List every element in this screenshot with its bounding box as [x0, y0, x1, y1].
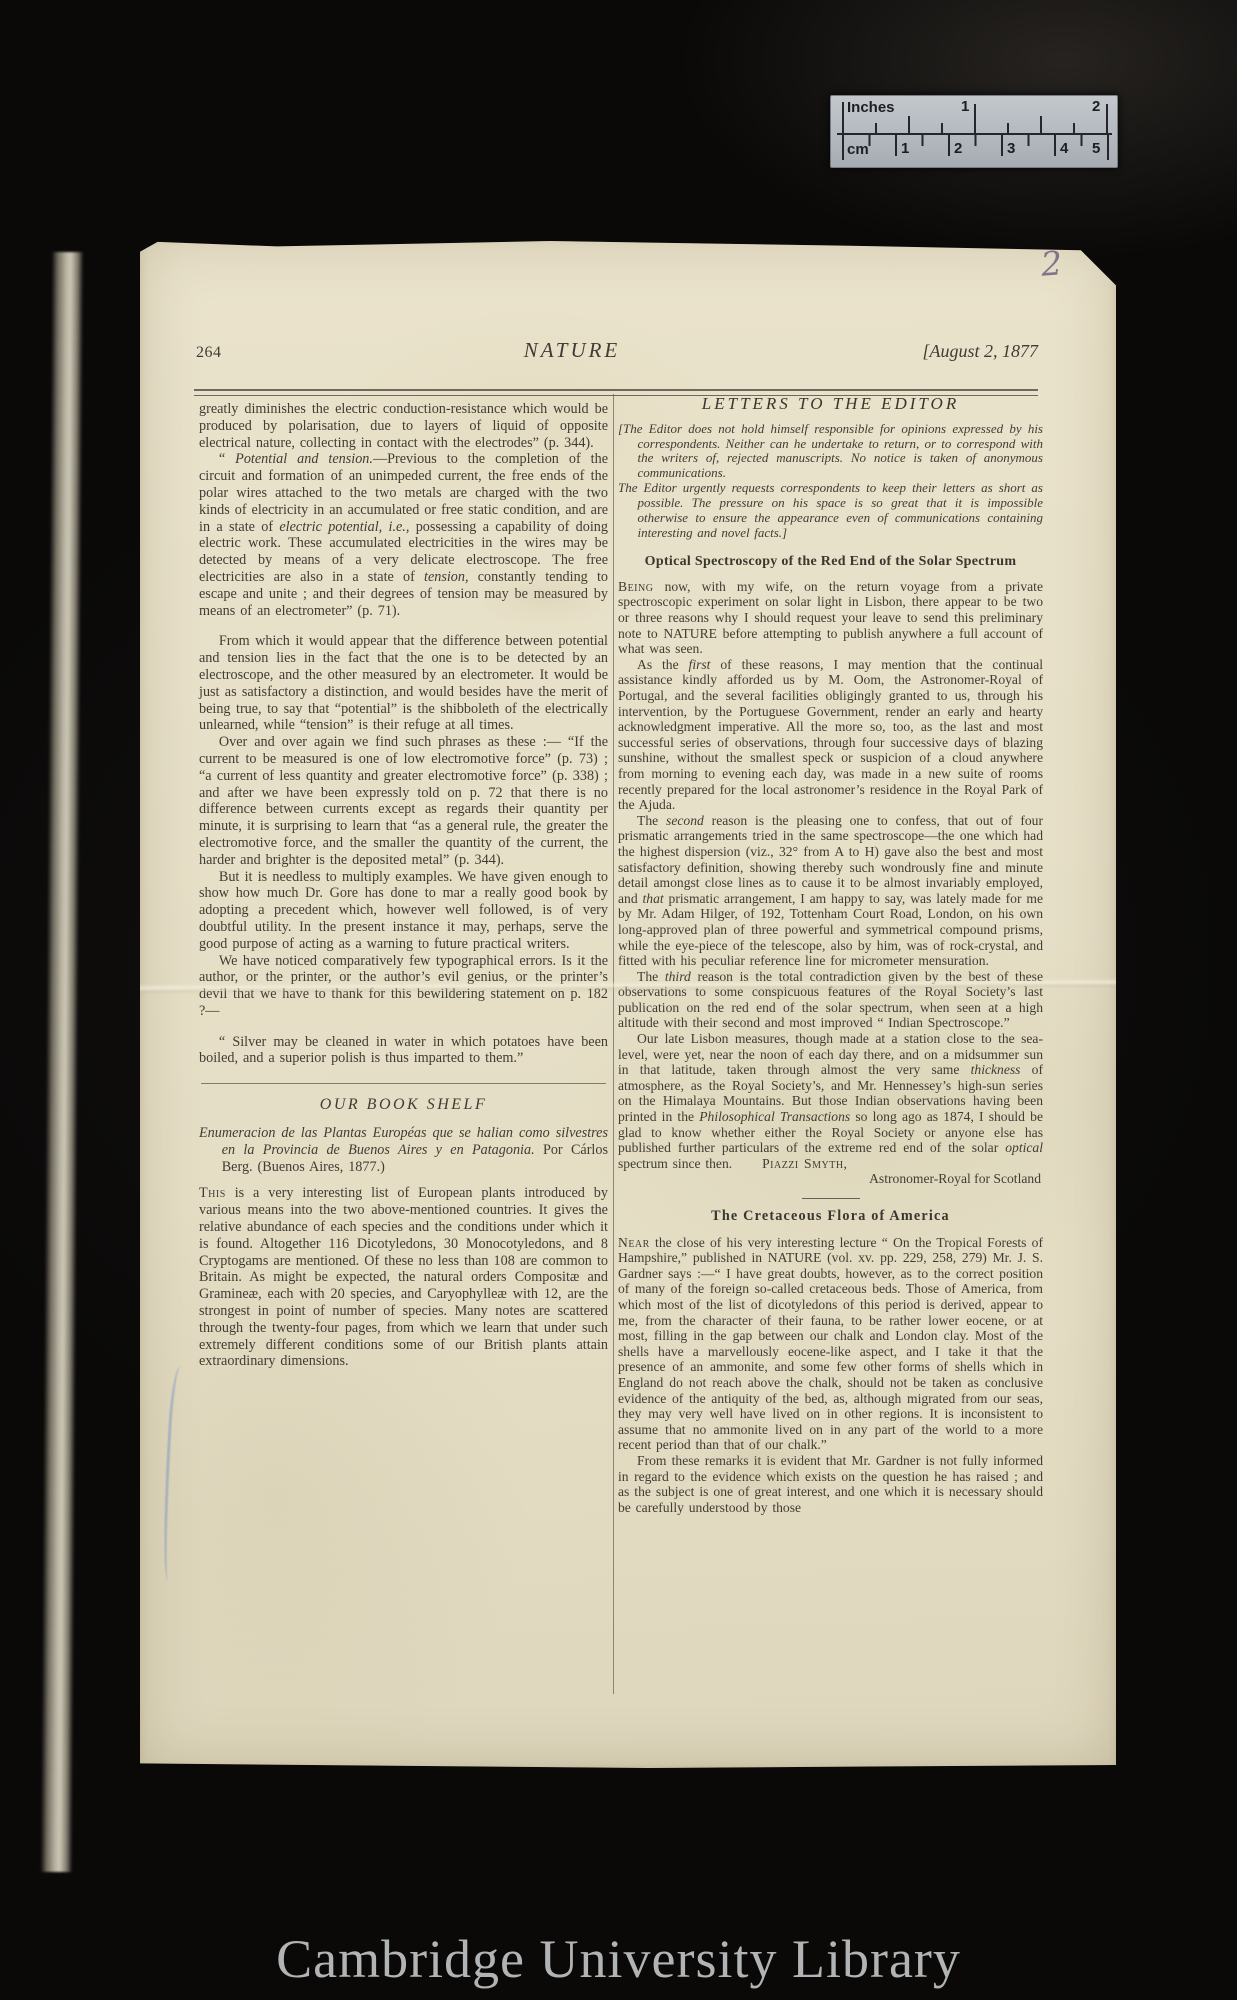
- letter-title: The Cretaceous Flora of America: [618, 1209, 1043, 1225]
- paragraph: As the first of these reasons, I may men…: [618, 657, 1043, 813]
- page-header: 264 NATURE [August 2, 1877: [196, 338, 1038, 363]
- signature-title: Astronomer-Royal for Scotland: [618, 1171, 1043, 1187]
- section-rule: [201, 1083, 606, 1084]
- editor-note: [The Editor does not hold himself respon…: [618, 422, 1043, 482]
- ruler-inch-2: 2: [1092, 98, 1100, 115]
- text-segment: that: [643, 891, 664, 906]
- paragraph: But it is needless to multiply examples.…: [199, 869, 608, 953]
- ruler-inch-1: 1: [961, 98, 969, 115]
- book-citation: Enumeracion de las Plantas Européas que …: [199, 1125, 608, 1175]
- text-segment: the close of his very interesting lectur…: [618, 1235, 1043, 1453]
- text-segment: spectrum since then.: [618, 1156, 732, 1171]
- text-segment: thickness: [971, 1062, 1021, 1077]
- text-segment: prismatic arrangement, I am happy to say…: [618, 891, 1043, 968]
- paragraph: This is a very interesting list of Europ…: [199, 1185, 608, 1370]
- book-page-edges: [40, 252, 83, 1872]
- photograph-background: Inches cm 1 2 1 2 3 4 5 2 264 NATURE [Au…: [0, 0, 1237, 2000]
- text-segment: now, with my wife, on the return voyage …: [618, 579, 1043, 656]
- ruler-inches-label: Inches: [847, 99, 895, 116]
- library-watermark: Cambridge University Library: [0, 1928, 1237, 1990]
- ruler-cm-2: 2: [954, 140, 962, 157]
- paragraph: Over and over again we find such phrases…: [199, 734, 608, 868]
- pencil-page-number: 2: [1040, 243, 1064, 283]
- paragraph: From these remarks it is evident that Mr…: [618, 1453, 1043, 1515]
- text-segment: Near: [618, 1235, 650, 1250]
- journal-title: NATURE: [222, 338, 923, 363]
- text-segment: tension,: [424, 569, 469, 585]
- block-quote: “ Silver may be cleaned in water in whic…: [199, 1034, 608, 1068]
- ruler-cm-1: 1: [901, 140, 909, 157]
- paragraph: greatly diminishes the electric conducti…: [199, 401, 608, 451]
- text-segment: The: [637, 813, 666, 828]
- ruler-cm-5: 5: [1092, 140, 1100, 157]
- left-column: greatly diminishes the electric conducti…: [199, 401, 608, 1370]
- editor-note: The Editor urgently requests corresponde…: [618, 481, 1043, 541]
- paragraph: Being now, with my wife, on the return v…: [618, 579, 1043, 657]
- page-number: 264: [196, 344, 222, 362]
- text-segment: As the: [637, 657, 689, 672]
- paragraph: Our late Lisbon measures, though made at…: [618, 1031, 1043, 1171]
- text-segment: Potential and tension.: [235, 451, 373, 467]
- text-segment: “: [219, 451, 235, 467]
- paragraph: The third reason is the total contradict…: [618, 969, 1043, 1031]
- measurement-ruler: Inches cm 1 2 1 2 3 4 5: [830, 95, 1118, 168]
- journal-page: 2 264 NATURE [August 2, 1877 greatly dim…: [140, 238, 1116, 1768]
- text-segment: Being: [618, 579, 653, 594]
- right-column: LETTERS TO THE EDITOR [The Editor does n…: [618, 396, 1043, 1515]
- paper-stain: [700, 1418, 820, 1508]
- text-segment: Philosophical Transactions: [699, 1109, 850, 1124]
- text-segment: optical: [1005, 1140, 1043, 1155]
- section-heading: OUR BOOK SHELF: [199, 1097, 608, 1114]
- text-segment: This: [199, 1185, 226, 1201]
- paragraph: From which it would appear that the diff…: [199, 633, 608, 734]
- paragraph: Near the close of his very interesting l…: [618, 1235, 1043, 1453]
- issue-date: [August 2, 1877: [922, 341, 1038, 362]
- ruler-cm-label: cm: [847, 141, 869, 158]
- text-segment: is a very interesting list of European p…: [199, 1185, 608, 1369]
- text-segment: electric potential, i.e.,: [279, 519, 409, 535]
- section-heading: LETTERS TO THE EDITOR: [618, 396, 1043, 412]
- text-segment: first: [689, 657, 711, 672]
- text-segment: of these reasons, I may mention that the…: [618, 657, 1043, 812]
- signature-name: Piazzi Smyth,: [762, 1156, 847, 1171]
- ruler-cm-3: 3: [1007, 140, 1015, 157]
- paper-stain: [470, 568, 620, 628]
- pencil-margin-mark: [160, 1366, 186, 1581]
- paragraph: The second reason is the pleasing one to…: [618, 813, 1043, 969]
- section-divider: [802, 1198, 860, 1199]
- text-segment: second: [666, 813, 704, 828]
- ruler-cm-4: 4: [1060, 140, 1068, 157]
- letter-title: Optical Spectroscopy of the Red End of t…: [628, 553, 1033, 570]
